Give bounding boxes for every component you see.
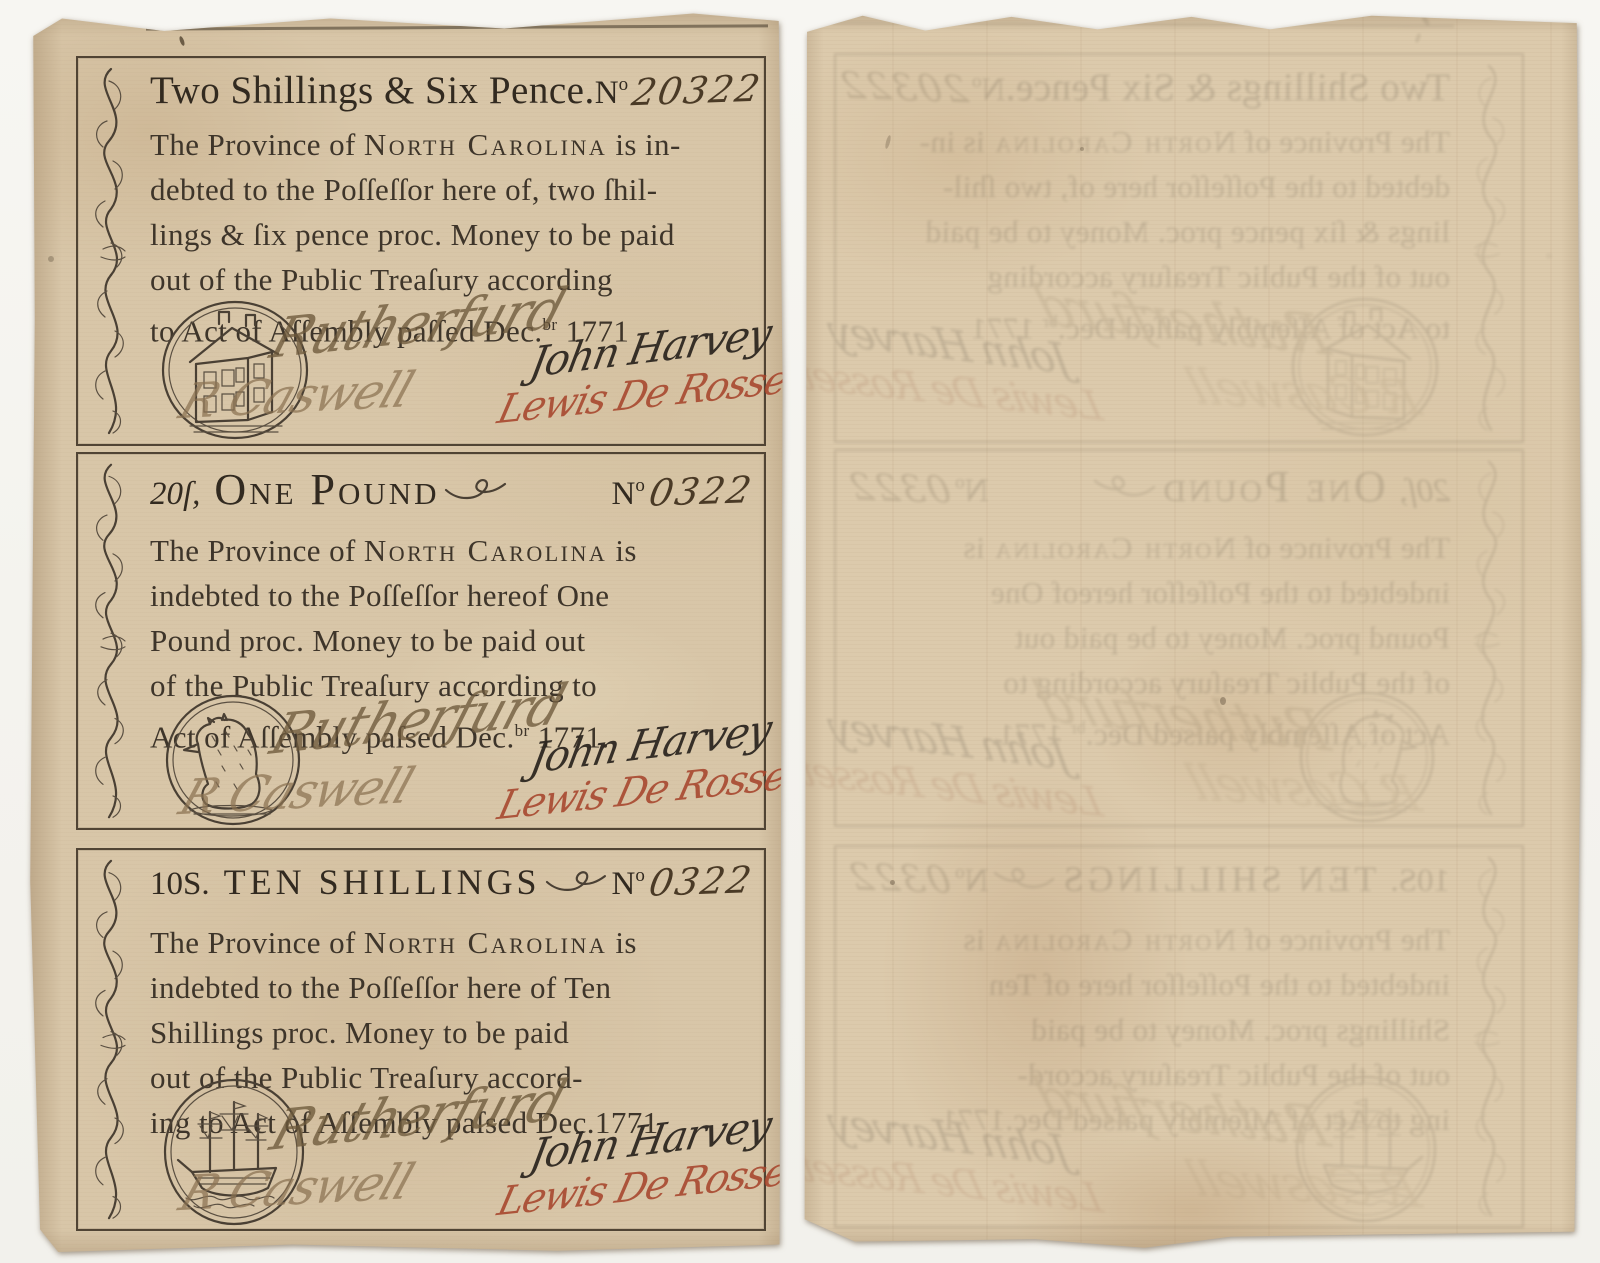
text-run: The Province of (150, 533, 364, 568)
note-header: Two Shillings & Six Pence. No 20322 (150, 68, 752, 113)
ghost-number-abbrev-sup: o (955, 472, 965, 494)
number-abbrev: N (595, 75, 619, 112)
ghost-cut-edge-rule (832, 21, 1454, 27)
ghost-body-line: indebted to the Poſſeſſor hereof One (846, 570, 1450, 615)
text-run-smallcaps: North Carolina (364, 925, 607, 960)
denomination-title: Two Shillings & Six Pence. (150, 68, 595, 113)
number-abbrev-sup: o (635, 475, 645, 497)
front-sheet: Two Shillings & Six Pence. No 20322 The … (28, 6, 784, 1257)
ghost-note-header: 20ſ, One Pound No 0322 (848, 461, 1450, 512)
ghost-body-line: lings & ſix pence proc. Money to be paid (846, 209, 1450, 254)
text-run-smallcaps: North Carolina (364, 127, 607, 162)
ink-speck (1080, 147, 1084, 151)
body-line: lings & ſix pence proc. Money to be paid (150, 212, 754, 257)
serial-number: No 0322 (611, 470, 752, 513)
serial-number: No 20322 (595, 69, 761, 112)
ghost-serial-number: No 0322 (848, 857, 989, 900)
ghost-number-abbrev-sup: o (955, 862, 965, 884)
ghost-number-abbrev: N (981, 72, 1005, 109)
text-run: is (607, 925, 637, 960)
ghost-serial-digits: 0322 (844, 465, 955, 512)
ghost-text-run: is (963, 922, 993, 957)
number-abbrev-sup: o (619, 74, 629, 96)
serial-digits: 0322 (646, 858, 757, 905)
ghost-text-run-smallcaps: North Carolina (993, 922, 1236, 957)
ghost-calligraphic-swash (1092, 473, 1156, 501)
number-abbrev: N (611, 476, 635, 513)
body-line: Pound proc. Money to be paid out (150, 618, 754, 663)
text-run: The Province of (150, 925, 364, 960)
serial-digits: 0322 (646, 468, 757, 515)
number-abbrev: N (611, 866, 635, 903)
ink-speck (890, 880, 895, 885)
floral-scroll-ornament (81, 457, 141, 825)
ghost-floral-scroll-ornament (1459, 58, 1519, 438)
ghost-denomination-title: TEN SHILLINGS (1059, 858, 1376, 900)
text-run: is in- (607, 127, 680, 162)
body-line: indebted to the Poſſeſſor here of Ten (150, 965, 754, 1010)
body-line: The Province of North Carolina is in- (150, 122, 754, 167)
serial-number: No 0322 (611, 860, 752, 903)
note-one-pound: 20ſ, One Pound No 0322 The Province of N… (76, 452, 766, 830)
floral-scroll-ornament (81, 853, 141, 1226)
denomination-title: TEN SHILLINGS (224, 861, 541, 903)
ink-speck (178, 36, 185, 47)
calligraphic-swash (444, 476, 508, 504)
ghost-text-run-smallcaps: North Carolina (993, 124, 1236, 159)
note-header: 10S. TEN SHILLINGS No 0322 (150, 860, 752, 903)
text-run: The Province of (150, 127, 364, 162)
ghost-denomination-abbrev: 20ſ, (1400, 473, 1450, 510)
body-line: The Province of North Carolina is (150, 528, 754, 573)
cut-edge-rule (146, 24, 768, 30)
body-line: indebted to the Poſſeſſor hereof One (150, 573, 754, 618)
text-run-smallcaps: North Carolina (364, 533, 607, 568)
ink-speck (48, 256, 54, 262)
ghost-floral-scroll-ornament (1459, 850, 1519, 1223)
note-header: 20ſ, One Pound No 0322 (150, 464, 752, 515)
denomination-abbrev: 10S. (150, 866, 210, 903)
signature-caswell: R Caswell (172, 757, 419, 826)
ghost-body-line: The Province of North Carolina is in- (846, 119, 1450, 164)
ghost-denomination-abbrev: 10S. (1390, 863, 1450, 900)
ghost-body-line: debted to the Poſſeſſor here of, two ſhi… (846, 164, 1450, 209)
ghost-floral-scroll-ornament (1459, 454, 1519, 822)
calligraphic-swash (545, 868, 608, 896)
body-line: Shillings proc. Money to be paid (150, 1010, 754, 1055)
ghost-denomination-title: Two Shillings & Six Pence. (1005, 65, 1450, 110)
front-sheet-content: Two Shillings & Six Pence. No 20322 The … (28, 6, 784, 1257)
ghost-ink-speck (1546, 253, 1552, 259)
serial-digits: 20322 (629, 67, 765, 114)
ghost-note-header: Two Shillings & Six Pence. No 20322 (848, 65, 1450, 110)
ghost-serial-number: No 0322 (848, 467, 989, 510)
denomination-abbrev: 20ſ, (150, 476, 200, 513)
ghost-note-ten-shillings: 10S. TEN SHILLINGS No 0322 The Province … (834, 845, 1524, 1228)
ghost-text-run: is in- (919, 124, 992, 159)
text-run: is (607, 533, 637, 568)
ink-speck (1220, 697, 1226, 705)
floral-scroll-ornament (81, 61, 141, 441)
signature-caswell: R Caswell (172, 1153, 419, 1222)
ghost-note-header: 10S. TEN SHILLINGS No 0322 (848, 857, 1450, 900)
ink-speck (169, 16, 180, 31)
number-abbrev-sup: o (635, 865, 645, 887)
ghost-text-run: is (963, 530, 993, 565)
ghost-body-line: indebted to the Poſſeſſor here of Ten (846, 962, 1450, 1007)
scanned-currency-photograph: Two Shillings & Six Pence. No 20322 The … (0, 0, 1600, 1263)
ghost-text-run: The Province of (1236, 124, 1450, 159)
note-ten-shillings: 10S. TEN SHILLINGS No 0322 The Province … (76, 848, 766, 1231)
ghost-note-one-pound: 20ſ, One Pound No 0322 The Province of N… (834, 449, 1524, 827)
ghost-text-run-smallcaps: North Carolina (993, 530, 1236, 565)
ghost-serial-number: No 20322 (839, 66, 1005, 109)
ghost-denomination-title: One Pound (1160, 461, 1385, 512)
back-sheet-blank-verso: Two Shillings & Six Pence. No 20322 The … (800, 7, 1583, 1249)
ghost-body-line: The Province of North Carolina is (846, 525, 1450, 570)
ghost-body-line: The Province of North Carolina is (846, 917, 1450, 962)
body-line: debted to the Poſſeſſor here of, two ſhi… (150, 167, 754, 212)
ghost-number-abbrev: N (965, 863, 989, 900)
ghost-number-abbrev-sup: o (972, 71, 982, 93)
ghost-serial-digits: 20322 (835, 64, 971, 111)
denomination-title: One Pound (214, 464, 439, 515)
ghost-signature-caswell: R Caswell (1180, 1150, 1427, 1219)
ghost-text-run: The Province of (1236, 530, 1450, 565)
show-through-ghost: Two Shillings & Six Pence. No 20322 The … (816, 3, 1572, 1254)
ghost-serial-digits: 0322 (844, 855, 955, 902)
note-two-shillings-six-pence: Two Shillings & Six Pence. No 20322 The … (76, 56, 766, 446)
signature-caswell: R Caswell (172, 361, 419, 430)
ghost-body-line: Shillings proc. Money to be paid (846, 1007, 1450, 1052)
ghost-body-line: Pound proc. Money to be paid out (846, 615, 1450, 660)
ghost-signature-caswell: R Caswell (1180, 754, 1427, 823)
ghost-text-run: The Province of (1236, 922, 1450, 957)
ghost-signature-caswell: R Caswell (1180, 358, 1427, 427)
ghost-number-abbrev: N (965, 473, 989, 510)
ghost-note-two-shillings-six-pence: Two Shillings & Six Pence. No 20322 The … (834, 53, 1524, 443)
ghost-calligraphic-swash (993, 865, 1056, 893)
ghost-ink-speck (1414, 33, 1421, 44)
body-line: The Province of North Carolina is (150, 920, 754, 965)
